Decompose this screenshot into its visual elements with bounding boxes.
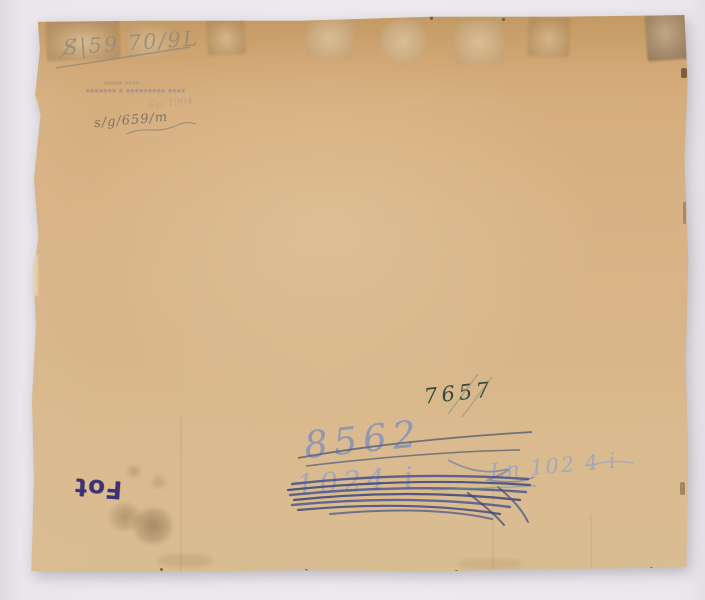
tape-residue <box>306 16 353 60</box>
paper-shadow-wrap: S|59 70/9L s/g/659/m ▪▪▪▪▪ ▪▪▪▪ ▪▪▪▪▪▪▪ … <box>0 0 705 600</box>
scribbled-number: 1024 i <box>295 460 419 502</box>
blue-crossed-number: 8562 <box>302 412 424 467</box>
faint-pencil-note: Sp. 1904 <box>148 96 194 112</box>
crease-line <box>180 414 182 572</box>
faded-stamp-line: ▪▪▪▪▪▪▪ ▪ ▪▪▪▪▪▪▪▪▪ ▪▪▪▪ <box>86 88 186 94</box>
photograph-verso: S|59 70/9L s/g/659/m ▪▪▪▪▪ ▪▪▪▪ ▪▪▪▪▪▪▪ … <box>30 14 689 573</box>
edge-speck <box>683 202 686 224</box>
scribble-tail <box>468 493 504 525</box>
scribble-stroke <box>298 506 500 514</box>
torn-edge-chip <box>30 254 38 296</box>
stain-blob <box>128 466 140 477</box>
edge-speck <box>573 569 576 572</box>
edge-speck <box>305 569 308 572</box>
edge-speck <box>502 18 505 21</box>
torn-edge-chip <box>29 100 38 136</box>
fot-stamp: Fot <box>73 472 123 504</box>
tape-residue <box>206 18 246 56</box>
edge-speck <box>430 16 433 20</box>
tape-residue <box>380 19 426 63</box>
edge-speck <box>680 482 685 495</box>
light-blue-number: Ln 102 4 i <box>489 448 618 483</box>
scribble-tail <box>498 487 528 522</box>
edge-speck <box>681 68 687 78</box>
edge-speck <box>650 567 653 570</box>
scribble-stroke <box>292 500 510 507</box>
tape-residue <box>644 13 691 62</box>
green-ink-number: 7657 <box>423 377 495 408</box>
tape-residue <box>527 16 570 57</box>
stain-smudge <box>458 558 522 569</box>
faded-stamp-line: ▪▪▪▪▪ ▪▪▪▪ <box>104 80 140 85</box>
edge-speck <box>160 568 163 571</box>
stain-blob <box>134 508 172 544</box>
teal-stroke <box>432 486 536 490</box>
crease-line <box>590 514 592 572</box>
scribble-stroke <box>330 510 492 519</box>
tape-residue <box>454 19 504 65</box>
photo-backdrop: S|59 70/9L s/g/659/m ▪▪▪▪▪ ▪▪▪▪ ▪▪▪▪▪▪▪ … <box>0 0 705 600</box>
stain-smudge <box>158 554 212 567</box>
catalog-code: s/g/659/m <box>93 110 168 131</box>
edge-speck <box>455 570 458 573</box>
stain-blob <box>152 476 165 488</box>
edge-speck <box>34 110 39 119</box>
